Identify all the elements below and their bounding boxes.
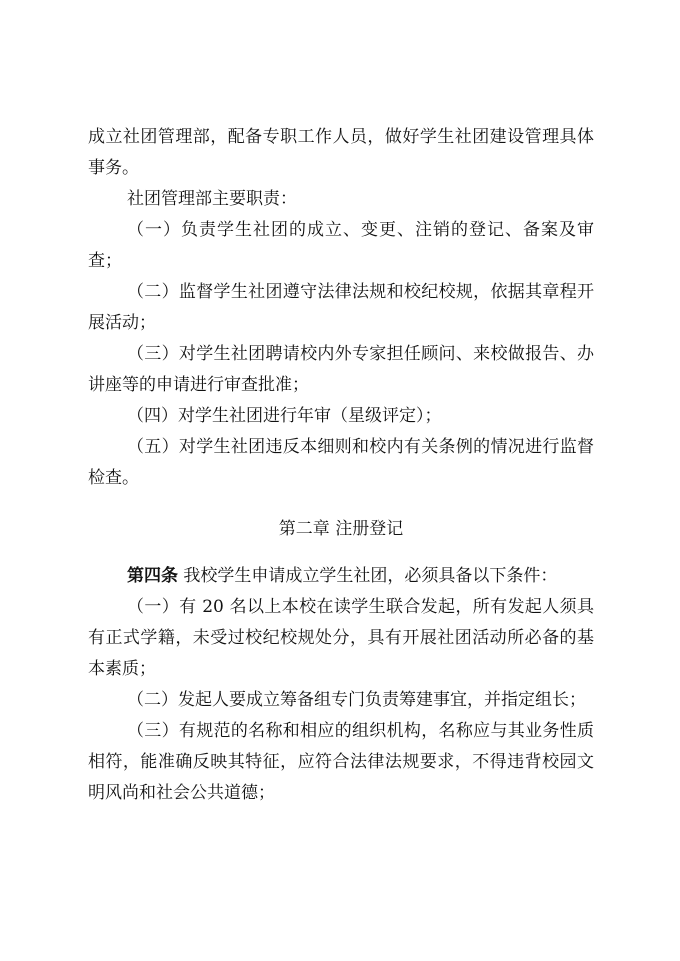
article-paragraph: 第四条 我校学生申请成立学生社团，必须具备以下条件： bbox=[88, 561, 594, 592]
paragraph: 社团管理部主要职责： bbox=[88, 184, 594, 215]
list-item: （三）对学生社团聘请校内外专家担任顾问、来校做报告、办讲座等的申请进行审查批准； bbox=[88, 339, 594, 401]
list-item: （二）发起人要成立筹备组专门负责筹建事宜，并指定组长； bbox=[88, 685, 594, 716]
list-item: （一）有 20 名以上本校在读学生联合发起，所有发起人须具有正式学籍，未受过校纪… bbox=[88, 592, 594, 685]
document-page: 成立社团管理部，配备专职工作人员，做好学生社团建设管理具体事务。 社团管理部主要… bbox=[88, 122, 594, 809]
chapter-heading: 第二章 注册登记 bbox=[88, 514, 594, 545]
list-item: （二）监督学生社团遵守法律法规和校纪校规，依据其章程开展活动； bbox=[88, 277, 594, 339]
list-item: （一）负责学生社团的成立、变更、注销的登记、备案及审查； bbox=[88, 215, 594, 277]
paragraph: 成立社团管理部，配备专职工作人员，做好学生社团建设管理具体事务。 bbox=[88, 122, 594, 184]
article-label: 第四条 bbox=[127, 566, 178, 586]
list-item: （三）有规范的名称和相应的组织机构，名称应与其业务性质相符，能准确反映其特征，应… bbox=[88, 716, 594, 809]
article-text: 我校学生申请成立学生社团，必须具备以下条件： bbox=[178, 566, 557, 586]
list-item: （五）对学生社团违反本细则和校内有关条例的情况进行监督检查。 bbox=[88, 432, 594, 494]
list-item: （四）对学生社团进行年审（星级评定）； bbox=[88, 401, 594, 432]
